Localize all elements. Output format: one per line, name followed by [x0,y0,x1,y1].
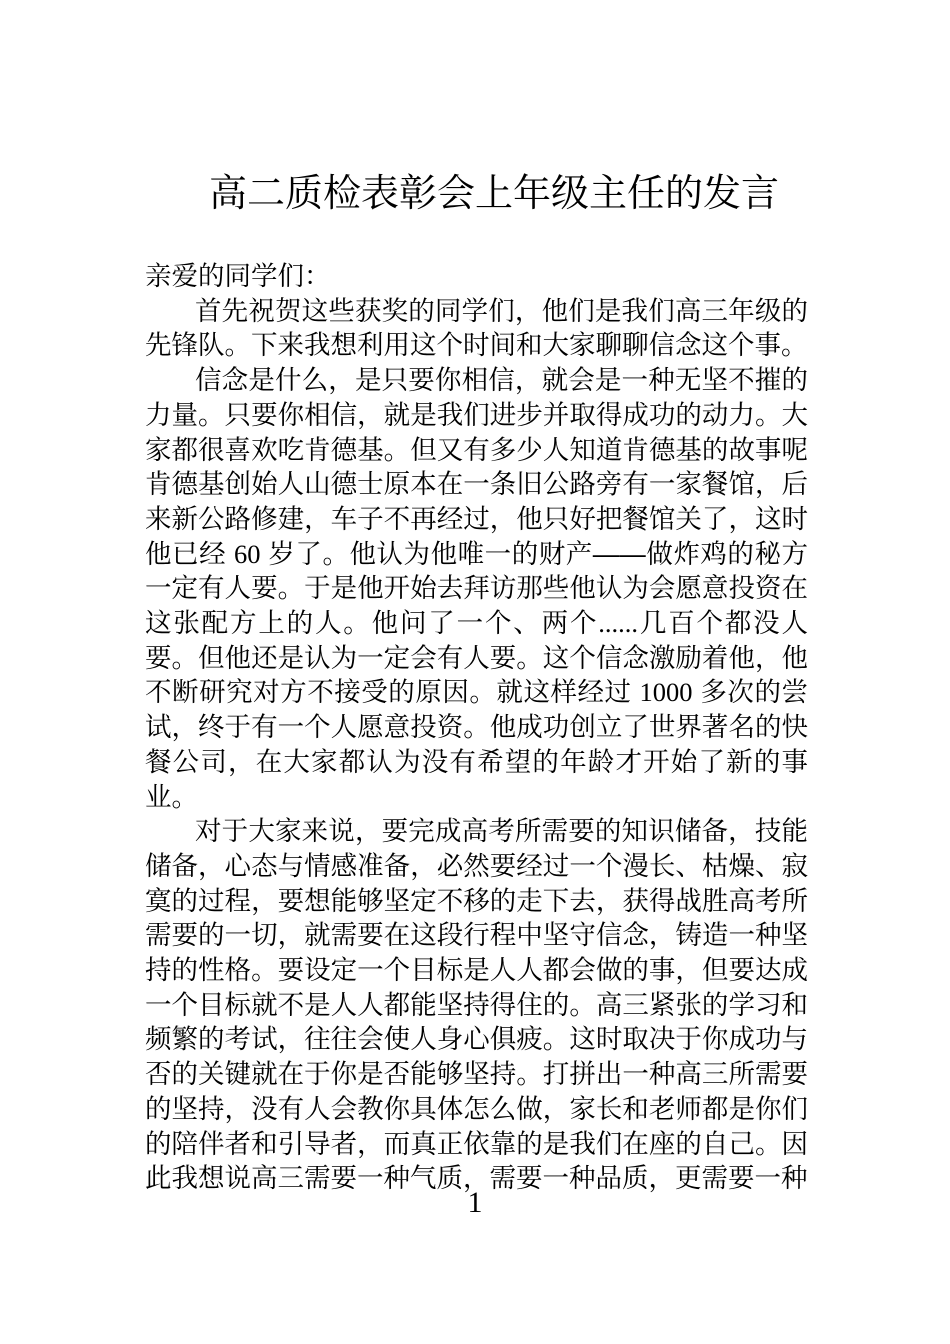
document-page: 高二质检表彰会上年级主任的发言 亲爱的同学们： 首先祝贺这些获奖的同学们，他们是… [0,0,950,1344]
text-run: 对于大家来说，要完成高考所需要的知识储备，技能储备，心态与情感准备，必然要经过一… [145,816,808,1193]
text-run: 首先祝贺这些获奖的同学们，他们是我们高三年级的先锋队。下来我想利用这个时间和大家… [145,296,808,361]
page-number: 1 [0,1186,950,1220]
salutation: 亲爱的同学们： [145,259,808,294]
paragraph: 首先祝贺这些获奖的同学们，他们是我们高三年级的先锋队。下来我想利用这个时间和大家… [145,294,808,363]
document-body: 亲爱的同学们： 首先祝贺这些获奖的同学们，他们是我们高三年级的先锋队。下来我想利… [145,259,808,1196]
text-run-ellipsis: ...... [598,608,638,638]
paragraph: 信念是什么，是只要你相信，就会是一种无坚不摧的力量。只要你相信，就是我们进步并取… [145,363,808,814]
document-title: 高二质检表彰会上年级主任的发言 [0,169,950,219]
text-run-number: 1000 [639,677,692,707]
text-run-number: 60 [234,539,261,569]
paragraph: 对于大家来说，要完成高考所需要的知识储备，技能储备，心态与情感准备，必然要经过一… [145,814,808,1196]
